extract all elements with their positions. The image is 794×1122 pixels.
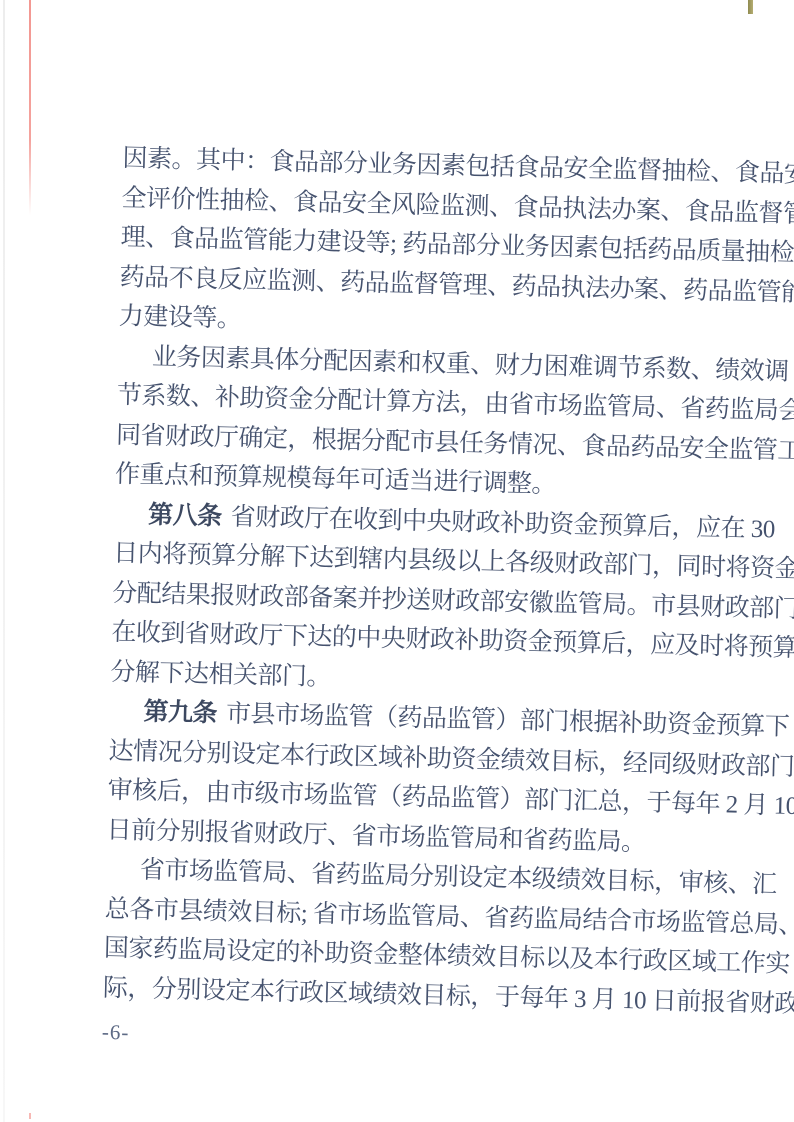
article-number: 第八条	[148, 501, 222, 530]
red-margin-dot	[29, 1113, 31, 1119]
line-text: 市县市场监管（药品监管）部门根据补助资金预算下	[226, 701, 790, 741]
line-text: 分解下达相关部门。	[110, 658, 331, 690]
line-text: 省财政厅在收到中央财政补助资金预算后，应在 30	[230, 503, 775, 543]
line-text: 作重点和预算规模每年可适当进行调整。	[115, 461, 557, 498]
scan-edge-line	[3, 0, 5, 1122]
top-edge-mark	[748, 0, 753, 14]
article-number: 第九条	[143, 699, 217, 728]
line-text: 力建设等。	[119, 303, 242, 333]
page-number: -6-	[102, 1017, 748, 1062]
line-text: 日前分别报省财政厅、省市场监管局和省药监局。	[106, 816, 646, 856]
red-margin-line	[29, 0, 31, 215]
document-page: 因素。其中：食品部分业务因素包括食品安全监督抽检、食品安 全评价性抽检、食品安全…	[0, 0, 794, 1122]
document-text: 因素。其中：食品部分业务因素包括食品安全监督抽检、食品安 全评价性抽检、食品安全…	[102, 139, 768, 1062]
